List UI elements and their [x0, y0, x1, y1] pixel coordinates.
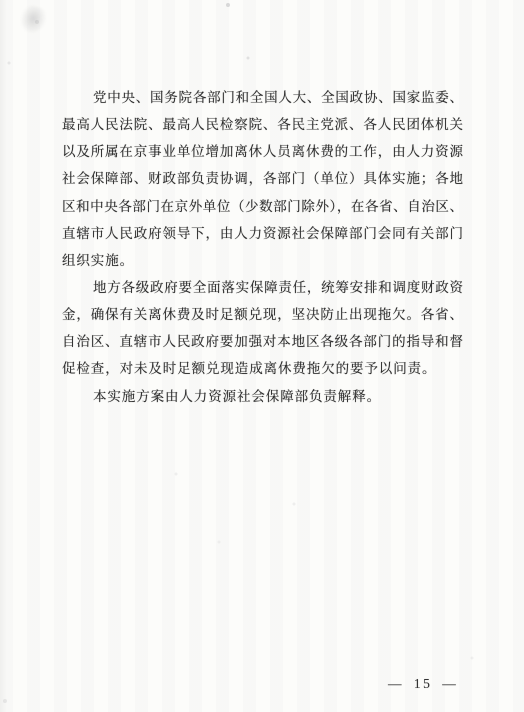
scan-speckles — [0, 0, 2, 2]
text-line: 组织实施。 — [62, 247, 463, 274]
scan-smudge — [16, 3, 49, 38]
scanned-document-page: { "page": { "background_color": "#fcfcfa… — [0, 0, 524, 712]
document-body: 党中央、国务院各部门和全国人大、全国政协、国家监委、 最高人民法院、最高人民检察… — [62, 84, 463, 410]
text-line: 以及所属在京事业单位增加离休人员离休费的工作，由人力资源 — [62, 138, 463, 165]
text-line: 金，确保有关离休费及时足额兑现，坚决防止出现拖欠。各省、 — [62, 301, 463, 328]
text-line: 本实施方案由人力资源社会保障部负责解释。 — [62, 383, 463, 410]
text-line: 区和中央各部门在京外单位（少数部门除外），在各省、自治区、 — [62, 193, 463, 220]
text-line: 促检查，对未及时足额兑现造成离休费拖欠的要予以问责。 — [62, 355, 463, 382]
text-line: 社会保障部、财政部负责协调，各部门（单位）具体实施；各地 — [62, 165, 463, 192]
page-number: — 15 — — [388, 676, 458, 692]
text-line: 最高人民法院、最高人民检察院、各民主党派、各人民团体机关 — [62, 111, 463, 138]
text-line: 党中央、国务院各部门和全国人大、全国政协、国家监委、 — [62, 84, 463, 111]
text-line: 地方各级政府要全面落实保障责任，统筹安排和调度财政资 — [62, 274, 463, 301]
text-line: 直辖市人民政府领导下，由人力资源社会保障部门会同有关部门 — [62, 220, 463, 247]
text-line: 自治区、直辖市人民政府要加强对本地区各级各部门的指导和督 — [62, 328, 463, 355]
